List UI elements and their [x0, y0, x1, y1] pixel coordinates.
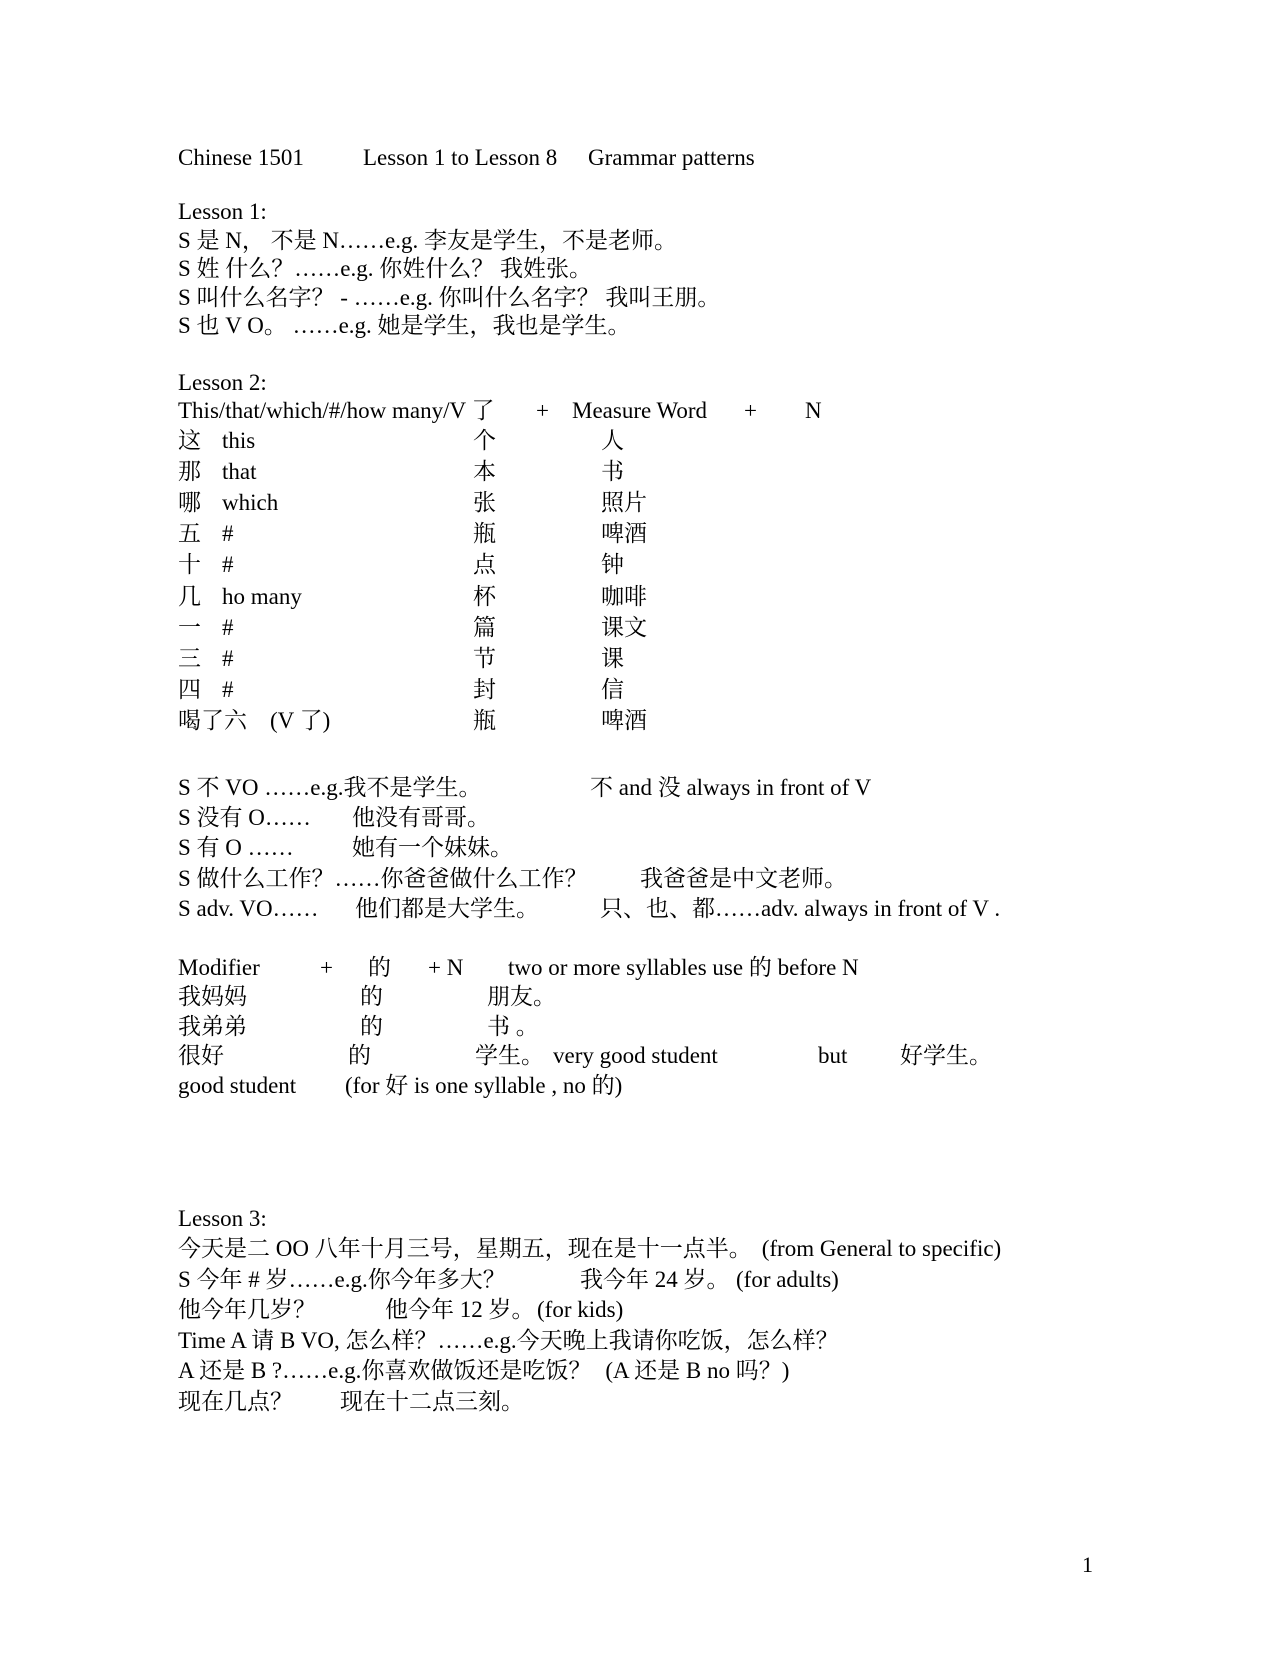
- english-gloss: very good student: [553, 1041, 818, 1071]
- noun-label: N: [805, 397, 822, 425]
- measure-word: 篇: [473, 612, 601, 643]
- modifier-example-row: 我弟弟 的 书 。: [178, 1012, 1220, 1042]
- english-gloss: #: [222, 518, 473, 549]
- noun: 课: [601, 643, 624, 674]
- english-gloss: #: [222, 674, 473, 705]
- lesson1-heading: Lesson 1:: [178, 198, 1220, 227]
- pattern-example: A 还是 B ?……e.g.你喜欢做饭还是吃饭？: [178, 1356, 591, 1386]
- pattern-example: S 不 VO ……e.g.我不是学生。: [178, 773, 590, 803]
- modifier-phrase: 我弟弟: [178, 1012, 360, 1042]
- pattern-example: 我爸爸是中文老师。: [640, 864, 847, 894]
- pattern-note: 只、也、都……adv. always in front of V .: [600, 894, 1000, 924]
- measure-word-row: 四 # 封 信: [178, 674, 1220, 705]
- english-gloss: good student: [178, 1071, 345, 1101]
- measure-word: 瓶: [473, 705, 601, 736]
- lesson3-section: Lesson 3: 今天是二 OO 八年十月三号，星期五，现在是十一点半。 (f…: [178, 1204, 1220, 1417]
- rule-note: (for 好 is one syllable , no 的): [345, 1071, 622, 1101]
- grammar-pattern-line: S 是 N， 不是 N……e.g. 李友是学生，不是老师。: [178, 227, 1220, 256]
- measure-word: 杯: [473, 581, 601, 612]
- noun: 钟: [601, 549, 624, 580]
- measure-word: 张: [473, 487, 601, 518]
- english-gloss: #: [222, 643, 473, 674]
- pattern-note: (from General to specific): [762, 1234, 1001, 1264]
- grammar-pattern-line: 现在几点？ 现在十二点三刻。: [178, 1387, 1220, 1417]
- noun: 书 。: [487, 1012, 539, 1042]
- measure-word: 封: [473, 674, 601, 705]
- noun: 书: [601, 456, 624, 487]
- pattern-formula: S 没有 O……: [178, 803, 352, 833]
- number-char: 五: [178, 518, 222, 549]
- modifier-example-row: 很好 的 学生。 very good student but 好学生。: [178, 1041, 1220, 1071]
- pattern-formula: This/that/which/#/how many/V 了: [178, 397, 536, 425]
- english-gloss: which: [222, 487, 473, 518]
- noun: 课文: [601, 612, 647, 643]
- english-gloss: that: [222, 456, 473, 487]
- measure-word: 个: [473, 425, 601, 456]
- noun: 照片: [601, 487, 647, 518]
- lesson2-section: Lesson 2: This/that/which/#/how many/V 了…: [178, 369, 1220, 925]
- modifier-phrase: 我妈妈: [178, 982, 360, 1012]
- modifier-example-row: good student (for 好 is one syllable , no…: [178, 1071, 1220, 1101]
- grammar-pattern-line: S 做什么工作？……你爸爸做什么工作？ 我爸爸是中文老师。: [178, 864, 1220, 894]
- grammar-pattern-line: S 不 VO ……e.g.我不是学生。 不 and 没 always in fr…: [178, 773, 1220, 803]
- number-char: 四: [178, 674, 222, 705]
- measure-word-row: 哪 which 张 照片: [178, 487, 1220, 518]
- document-page: Chinese 1501 Lesson 1 to Lesson 8 Gramma…: [0, 0, 1280, 1417]
- plus-sign: +: [536, 397, 572, 425]
- pattern-note: (V 了): [270, 705, 473, 736]
- grammar-pattern-line: 今天是二 OO 八年十月三号，星期五，现在是十一点半。 (from Genera…: [178, 1234, 1220, 1264]
- verb-phrase: 喝了六: [178, 705, 270, 736]
- grammar-pattern-line: S 今年 # 岁……e.g.你今年多大？ 我今年 24 岁。 (for adul…: [178, 1265, 1220, 1295]
- pattern-formula: S adv. VO……: [178, 894, 355, 924]
- measure-word-row: 十 # 点 钟: [178, 549, 1220, 580]
- question-char: 几: [178, 581, 222, 612]
- modifier-example-row: 我妈妈 的 朋友。: [178, 982, 1220, 1012]
- demonstrative-char: 哪: [178, 487, 222, 518]
- pattern-example: 现在十二点三刻。: [340, 1387, 524, 1417]
- english-gloss: this: [222, 425, 473, 456]
- pattern-example: 他没有哥哥。: [352, 803, 490, 833]
- lesson2-patterns: S 不 VO ……e.g.我不是学生。 不 and 没 always in fr…: [178, 773, 1220, 925]
- pattern-formula: S 今年 # 岁……e.g.你今年多大？: [178, 1265, 580, 1295]
- de-particle: 的: [348, 1041, 475, 1071]
- measure-word-row: 几 ho many 杯 咖啡: [178, 581, 1220, 612]
- demonstrative-char: 这: [178, 425, 222, 456]
- english-gloss: #: [222, 612, 473, 643]
- modifier-section: Modifier + 的 + N two or more syllables u…: [178, 953, 1220, 1101]
- modifier-header: Modifier + 的 + N two or more syllables u…: [178, 953, 1220, 983]
- rule-note: two or more syllables use 的 before N: [508, 953, 859, 983]
- plus-sign: +: [320, 953, 368, 983]
- measure-word-row: 一 # 篇 课文: [178, 612, 1220, 643]
- measure-word-table-header: This/that/which/#/how many/V 了 + Measure…: [178, 397, 1220, 425]
- document-title: Chinese 1501 Lesson 1 to Lesson 8 Gramma…: [178, 144, 1220, 172]
- measure-word-row: 喝了六 (V 了) 瓶 啤酒: [178, 705, 1220, 736]
- noun: 朋友。: [487, 982, 556, 1012]
- pattern-note: 不 and 没 always in front of V: [590, 773, 871, 803]
- subject-title: Grammar patterns: [588, 144, 755, 172]
- grammar-pattern-line: S adv. VO…… 他们都是大学生。 只、也、都……adv. always …: [178, 894, 1220, 924]
- noun: 信: [601, 674, 624, 705]
- lesson3-heading: Lesson 3:: [178, 1204, 1220, 1234]
- number-char: 一: [178, 612, 222, 643]
- grammar-pattern-line: 他今年几岁？ 他今年 12 岁。 (for kids): [178, 1295, 1220, 1325]
- measure-word-row: 这 this 个 人: [178, 425, 1220, 456]
- lesson1-section: Lesson 1: S 是 N， 不是 N……e.g. 李友是学生，不是老师。 …: [178, 198, 1220, 341]
- pattern-formula: 现在几点？: [178, 1387, 340, 1417]
- demonstrative-char: 那: [178, 456, 222, 487]
- measure-word-row: 三 # 节 课: [178, 643, 1220, 674]
- measure-word-row: 五 # 瓶 啤酒: [178, 518, 1220, 549]
- pattern-note: (for adults): [736, 1265, 839, 1295]
- measure-word: 节: [473, 643, 601, 674]
- lesson2-heading: Lesson 2:: [178, 369, 1220, 397]
- pattern-example: 他今年 12 岁。: [385, 1295, 537, 1325]
- pattern-note: (A 还是 B no 吗？): [605, 1356, 789, 1386]
- de-particle: 的: [360, 1012, 487, 1042]
- chinese-phrase: 好学生。: [900, 1041, 992, 1071]
- measure-word-label: Measure Word: [572, 397, 744, 425]
- course-title: Chinese 1501: [178, 144, 363, 172]
- pattern-example: S 做什么工作？……你爸爸做什么工作？: [178, 864, 640, 894]
- grammar-pattern-line: S 有 O …… 她有一个妹妹。: [178, 833, 1220, 863]
- noun: 啤酒: [601, 518, 647, 549]
- measure-word: 点: [473, 549, 601, 580]
- measure-word: 瓶: [473, 518, 601, 549]
- grammar-pattern-line: S 没有 O…… 他没有哥哥。: [178, 803, 1220, 833]
- lesson-range: Lesson 1 to Lesson 8: [363, 144, 588, 172]
- pattern-example: 他们都是大学生。: [355, 894, 600, 924]
- de-particle: 的: [368, 953, 428, 983]
- number-char: 三: [178, 643, 222, 674]
- noun: 啤酒: [601, 705, 647, 736]
- pattern-formula: 他今年几岁？: [178, 1295, 385, 1325]
- modifier-phrase: 很好: [178, 1041, 348, 1071]
- pattern-example: 她有一个妹妹。: [352, 833, 513, 863]
- measure-word-row: 那 that 本 书: [178, 456, 1220, 487]
- conjunction-note: but: [818, 1041, 900, 1071]
- grammar-pattern-line: A 还是 B ?……e.g.你喜欢做饭还是吃饭？ (A 还是 B no 吗？): [178, 1356, 1220, 1386]
- pattern-example: 我今年 24 岁。: [580, 1265, 736, 1295]
- pattern-note: (for kids): [537, 1295, 623, 1325]
- pattern-example: 今天是二 OO 八年十月三号，星期五，现在是十一点半。: [178, 1234, 752, 1264]
- plus-sign: +: [744, 397, 805, 425]
- de-particle: 的: [360, 982, 487, 1012]
- grammar-pattern-line: S 也 V O。 ……e.g. 她是学生，我也是学生。: [178, 312, 1220, 341]
- pattern-example: Time A 请 B VO, 怎么样？……e.g.今天晚上我请你吃饭，怎么样？: [178, 1326, 839, 1356]
- noun: 学生。: [475, 1041, 553, 1071]
- noun: 人: [601, 425, 624, 456]
- pattern-formula: S 有 O ……: [178, 833, 352, 863]
- english-gloss: #: [222, 549, 473, 580]
- measure-word: 本: [473, 456, 601, 487]
- grammar-pattern-line: Time A 请 B VO, 怎么样？……e.g.今天晚上我请你吃饭，怎么样？: [178, 1326, 1220, 1356]
- modifier-label: Modifier: [178, 953, 320, 983]
- plus-noun: + N: [428, 953, 508, 983]
- noun: 咖啡: [601, 581, 647, 612]
- grammar-pattern-line: S 叫什么名字？ - ……e.g. 你叫什么名字？ 我叫王朋。: [178, 284, 1220, 313]
- english-gloss: ho many: [222, 581, 473, 612]
- page-number: 1: [1082, 1552, 1093, 1578]
- number-char: 十: [178, 549, 222, 580]
- grammar-pattern-line: S 姓 什么？……e.g. 你姓什么？ 我姓张。: [178, 255, 1220, 284]
